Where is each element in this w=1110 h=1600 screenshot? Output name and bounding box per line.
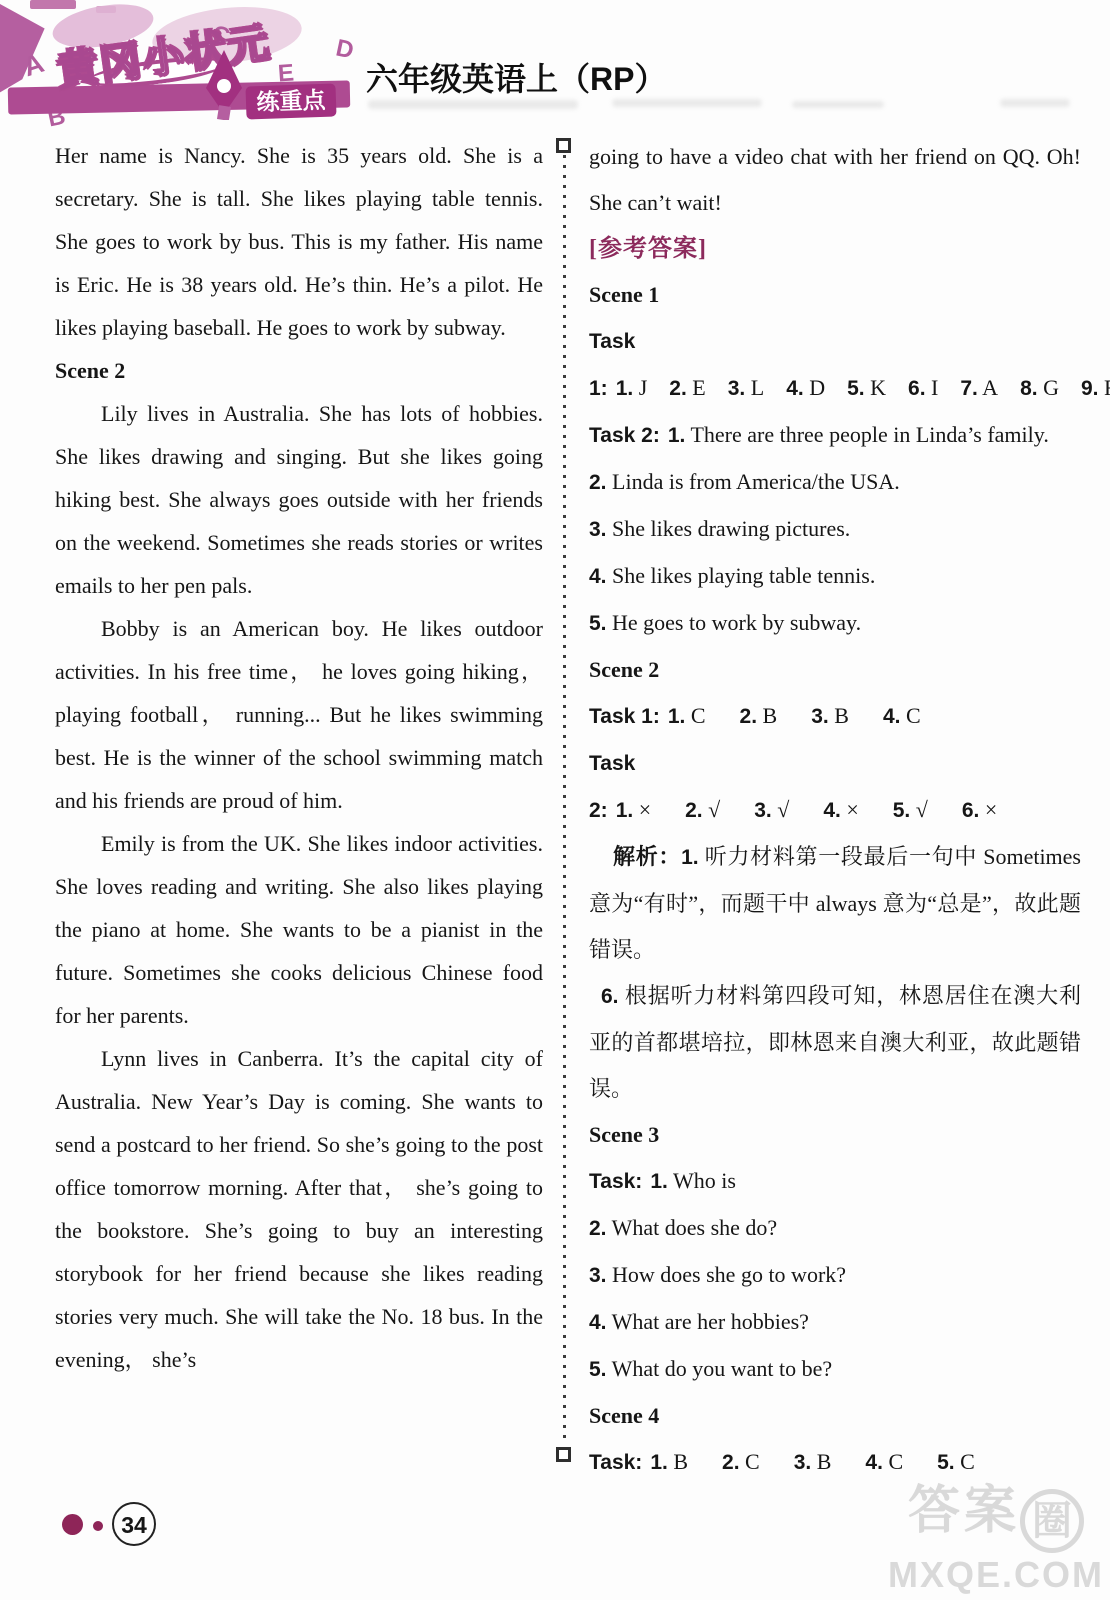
- footer-dot-large: [62, 1514, 83, 1535]
- cross-mark: ×: [985, 797, 997, 822]
- transcript-paragraph: Bobby is an American boy. He likes outdo…: [55, 607, 543, 822]
- task-label: Task 2:: [589, 424, 660, 447]
- transcript-paragraph: Lynn lives in Canberra. It’s the capital…: [55, 1037, 543, 1381]
- watermark-site-text: MXQE.COM: [888, 1556, 1104, 1594]
- footer-dot-small: [93, 1521, 103, 1531]
- check-mark: √: [777, 797, 789, 822]
- scene1-heading: Scene 1: [589, 272, 1081, 318]
- scene4-task-answers: Task:1. B2. C3. B4. C5. C: [589, 1439, 1081, 1486]
- scene1-task1-answers: Task 1:1. J2. E3. L4. D5. K6. I7. A8. G9…: [589, 318, 1081, 412]
- scene1-task2-answer-4: 4. She likes playing table tennis.: [589, 553, 1081, 600]
- scene3-answer-3: 3. How does she go to work?: [589, 1252, 1081, 1299]
- scene1-task2-answer-1: Task 2:1. There are three people in Lind…: [589, 412, 1081, 459]
- answers-column: going to have a video chat with her frie…: [589, 134, 1081, 1486]
- cross-mark: ×: [639, 797, 651, 822]
- page-title: 六年级英语上（RP）: [366, 54, 666, 100]
- reference-answers-heading: [参考答案]: [589, 226, 1081, 272]
- scene2-heading: Scene 2: [589, 647, 1081, 693]
- page-number-badge: 34: [112, 1502, 156, 1546]
- analysis-label: 解析：: [613, 844, 681, 869]
- watermark: 答案圈 MXQE.COM: [888, 1484, 1104, 1594]
- scene4-heading: Scene 4: [589, 1393, 1081, 1439]
- scene2-transcript-heading: Scene 2: [55, 349, 543, 392]
- watermark-circle-glyph: 圈: [1020, 1489, 1084, 1553]
- transcript-paragraph: Her name is Nancy. She is 35 years old. …: [55, 134, 543, 349]
- scan-smudge: [612, 99, 762, 107]
- scene2-task1-answers: Task 1:1. C2. B3. B4. C: [589, 693, 1081, 740]
- transcript-paragraph: Lily lives in Australia. She has lots of…: [55, 392, 543, 607]
- logo-badge: 练重点: [245, 83, 336, 119]
- scene1-task2-answer-5: 5. He goes to work by subway.: [589, 600, 1081, 647]
- listening-transcript-column: Her name is Nancy. She is 35 years old. …: [55, 134, 543, 1381]
- scan-smudge: [368, 100, 578, 109]
- analysis-note-2: 6. 根据听力材料第四段可知，林恩居住在澳大利亚的首都堪培拉，即林恩来自澳大利亚…: [589, 973, 1081, 1112]
- scan-smudge: [792, 101, 884, 108]
- check-mark: √: [708, 797, 720, 822]
- workbook-page: A B C D E 黄冈小状元 练重点 六年级英语上（RP） Her name …: [0, 0, 1110, 1600]
- pen-icon: [186, 46, 256, 120]
- scene3-answer-5: 5. What do you want to be?: [589, 1346, 1081, 1393]
- scene2-task2-answers: Task 2:1. ×2. √3. √4. ×5. √6. ×: [589, 740, 1081, 834]
- scene3-heading: Scene 3: [589, 1112, 1081, 1158]
- column-divider-dotted-line: [563, 155, 566, 1445]
- divider-top-square: [556, 138, 571, 153]
- transcript-paragraph-continued: going to have a video chat with her frie…: [589, 134, 1081, 226]
- scene3-answer-4: 4. What are her hobbies?: [589, 1299, 1081, 1346]
- scene1-task2-answer-3: 3. She likes drawing pictures.: [589, 506, 1081, 553]
- check-mark: √: [916, 797, 928, 822]
- scene3-answer-2: 2. What does she do?: [589, 1205, 1081, 1252]
- watermark-logo-text: 答案圈: [888, 1484, 1104, 1553]
- decor-letter-d: D: [333, 35, 356, 66]
- task-label: Task:: [589, 1451, 642, 1474]
- task-label: Task:: [589, 1170, 642, 1193]
- corner-decor-fragment: [30, 0, 76, 9]
- decor-letter-a: A: [20, 48, 48, 84]
- transcript-paragraph: Emily is from the UK. She likes indoor a…: [55, 822, 543, 1037]
- scan-smudge: [1000, 99, 1070, 107]
- divider-bottom-square: [556, 1447, 571, 1462]
- analysis-note-1: 解析：1. 听力材料第一段最后一句中 Sometimes 意为“有时”，而题干中…: [589, 834, 1081, 973]
- scene1-task2-answer-2: 2. Linda is from America/the USA.: [589, 459, 1081, 506]
- task-label: Task 1:: [589, 705, 660, 728]
- scene3-answer-1: Task:1. Who is: [589, 1158, 1081, 1205]
- cross-mark: ×: [846, 797, 858, 822]
